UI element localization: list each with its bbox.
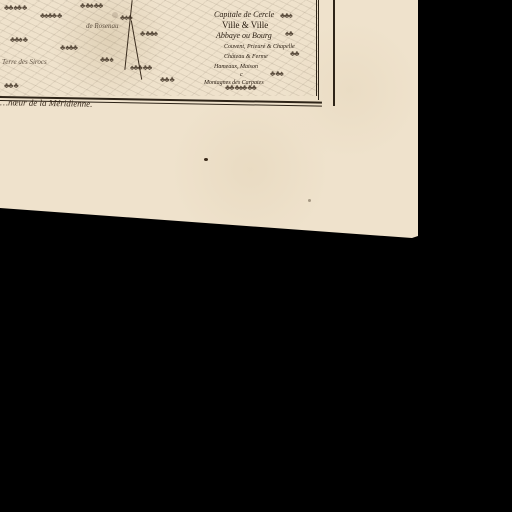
legend-entry: Capitale de Cercle — [214, 10, 274, 19]
legend-entry: Château & Ferme — [224, 54, 268, 60]
paper-blemish — [204, 158, 208, 161]
frame-line — [318, 0, 319, 100]
legend-entry: Ville & Ville — [222, 20, 268, 30]
map-label: de Rosenau — [86, 22, 118, 30]
legend-entry: c — [240, 72, 243, 78]
legend-entry: Montagnes des Carpates — [204, 80, 264, 86]
map-engraving: ♣♣ ♠♣ ♣ ♣♠♣♣ ♣ ♣ ♣♠ ♣♣ ♣♠♣ ♣ ♣♣♠ ♣♣♠ ♣ ♣… — [0, 0, 318, 96]
legend-entry: Hameaux, Maison — [214, 64, 258, 70]
frame-line — [316, 0, 317, 96]
legend-entry: Couvent, Prieuré & Chapelle — [224, 44, 295, 50]
map-legend: Capitale de Cercle Ville & Ville Abbaye … — [200, 6, 315, 86]
frame-line — [333, 0, 335, 106]
legend-entry: Abbaye ou Bourg — [216, 31, 272, 40]
map-label: Terre des Sirocs — [2, 58, 47, 66]
paper-blemish — [308, 199, 311, 202]
paper-blemish — [112, 12, 118, 18]
map-caption: …nœur de la Méridienne. — [0, 97, 93, 109]
